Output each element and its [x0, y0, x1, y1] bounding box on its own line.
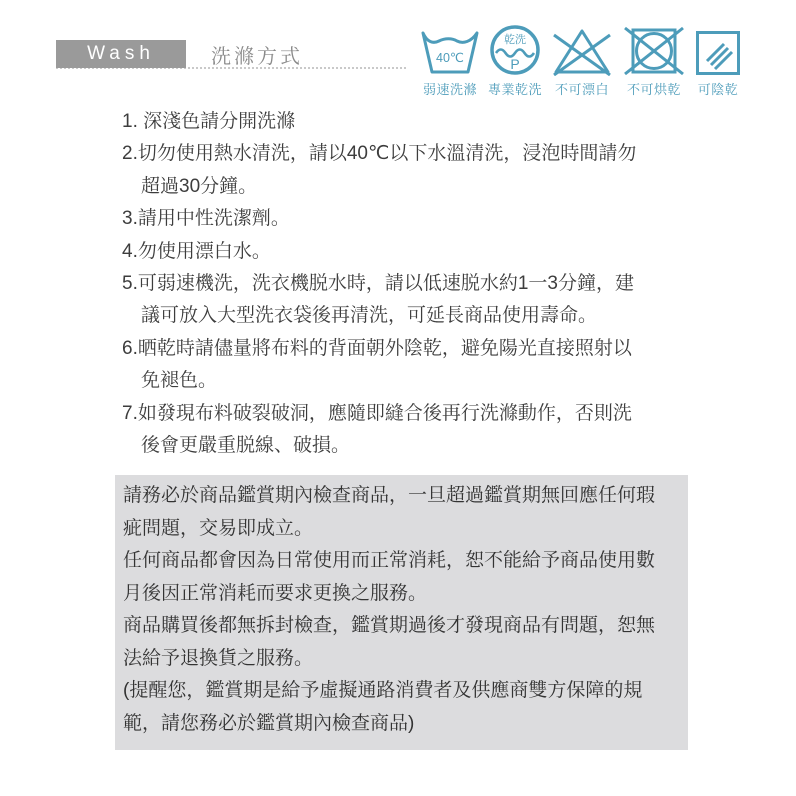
notice-paragraph: 商品購買後都無拆封檢查，鑑賞期過後才發現商品有問題，恕無法給予退換貨之服務。: [123, 610, 670, 675]
dry-clean-icon: 乾洗 P: [489, 24, 541, 76]
care-icons-row: 40℃ 弱速洗滌 乾洗 P 專業乾洗: [421, 24, 741, 98]
care-icon-label: 弱速洗滌: [423, 79, 477, 98]
no-tumble-dry-icon: [622, 26, 686, 76]
care-icon-label: 專業乾洗: [488, 79, 542, 98]
svg-text:乾洗: 乾洗: [504, 32, 526, 46]
wash-tag-label: Wash: [87, 43, 155, 65]
care-icon-label: 不可漂白: [555, 79, 609, 98]
care-instructions-page: Wash 洗滌方式 40℃ 弱速洗滌 乾洗 P: [0, 0, 796, 796]
wash-instruction-item: 4.勿使用漂白水。: [122, 236, 638, 268]
wash-instruction-item: 5.可弱速機洗，洗衣機脱水時，請以低速脱水約1一3分鐘，建議可放入大型洗衣袋後再…: [122, 268, 638, 333]
care-icon-shade-dry: 可陰乾: [695, 30, 741, 98]
wash-instruction-item: 7.如發現布料破裂破洞，應隨即縫合後再行洗滌動作，否則洗後會更嚴重脱線、破損。: [122, 398, 638, 463]
no-bleach-icon: [551, 26, 613, 76]
section-title: 洗滌方式: [211, 40, 303, 68]
care-icon-wash-40: 40℃ 弱速洗滌: [421, 30, 479, 98]
wash-instruction-item: 3.請用中性洗潔劑。: [122, 203, 638, 235]
svg-text:40℃: 40℃: [436, 51, 464, 65]
shade-dry-icon: [695, 30, 741, 76]
notice-paragraph: (提醒您，鑑賞期是給予虛擬通路消費者及供應商雙方保障的規範，請您務必於鑑賞期內檢…: [123, 675, 670, 740]
wash-tag: Wash: [56, 40, 186, 68]
care-icon-no-tumble-dry: 不可烘乾: [622, 26, 686, 98]
wash-instruction-item: 1. 深淺色請分開洗滌: [122, 106, 638, 138]
care-icon-dry-clean: 乾洗 P 專業乾洗: [488, 24, 542, 98]
section-title-text: 洗滌方式: [211, 40, 303, 69]
notice-paragraph: 請務必於商品鑑賞期內檢查商品，一旦超過鑑賞期無回應任何瑕疵問題，交易即成立。: [123, 480, 670, 545]
wash-instruction-item: 6.晒乾時請儘量將布料的背面朝外陰乾，避免陽光直接照射以免褪色。: [122, 333, 638, 398]
svg-text:P: P: [510, 56, 519, 72]
care-icon-label: 可陰乾: [698, 79, 739, 98]
wash-instruction-item: 2.切勿使用熱水清洗，請以40℃以下水溫清洗，浸泡時間請勿超過30分鐘。: [122, 138, 638, 203]
purchase-notice-box: 請務必於商品鑑賞期內檢查商品，一旦超過鑑賞期無回應任何瑕疵問題，交易即成立。 任…: [115, 475, 688, 750]
care-icon-label: 不可烘乾: [627, 79, 681, 98]
notice-paragraph: 任何商品都會因為日常使用而正常消耗，恕不能給予商品使用數月後因正常消耗而要求更換…: [123, 545, 670, 610]
wash-40-icon: 40℃: [421, 30, 479, 76]
wash-instructions-list: 1. 深淺色請分開洗滌 2.切勿使用熱水清洗，請以40℃以下水溫清洗，浸泡時間請…: [122, 106, 638, 462]
care-icon-no-bleach: 不可漂白: [551, 26, 613, 98]
